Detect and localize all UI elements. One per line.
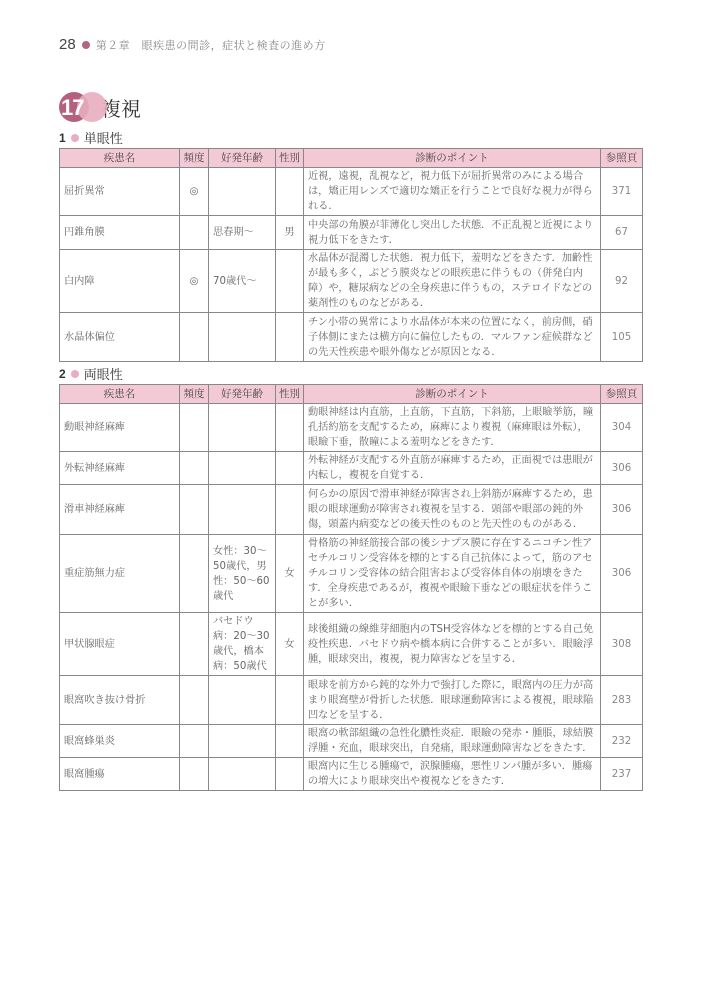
col-sex: 性別 [276, 385, 304, 404]
table-row: 甲状腺眼症 バセドウ病：20～30歳代，橋本病：50歳代 女 球後組織の線維芽細… [60, 613, 643, 676]
col-reference-page: 参照頁 [601, 385, 643, 404]
col-frequency: 頻度 [180, 385, 209, 404]
table-row: 滑車神経麻痺 何らかの原因で滑車神経が障害され上斜筋が麻痺するため，患眼の眼球運… [60, 485, 643, 535]
col-onset-age: 好発年齢 [209, 385, 276, 404]
running-head: 28 第２章 眼疾患の問診，症状と検査の進め方 [59, 36, 326, 53]
table-monocular: 疾患名 頻度 好発年齢 性別 診断のポイント 参照頁 屈折異常 ◎ 近視，遠視，… [59, 148, 643, 362]
page-number: 28 [59, 36, 76, 53]
table-header-row: 疾患名 頻度 好発年齢 性別 診断のポイント 参照頁 [60, 149, 643, 168]
table-binocular: 疾患名 頻度 好発年齢 性別 診断のポイント 参照頁 動眼神経麻痺 動眼神経は内… [59, 384, 643, 791]
col-disease: 疾患名 [60, 149, 180, 168]
col-onset-age: 好発年齢 [209, 149, 276, 168]
section-heading: 複視 [101, 93, 141, 122]
table-row: 動眼神経麻痺 動眼神経は内直筋，上直筋，下直筋，下斜筋，上眼瞼挙筋，瞳孔括約筋を… [60, 404, 643, 452]
subsection-heading-1: 1 単眼性 [59, 128, 123, 147]
table-row: 眼窩蜂巣炎 眼窩の軟部組織の急性化膿性炎症．眼瞼の発赤・腫脹，球結膜浮腫・充血，… [60, 725, 643, 758]
bullet-dot-icon [82, 41, 90, 49]
table-row: 眼窩吹き抜け骨折 眼球を前方から鈍的な外力で強打した際に，眼窩内の圧力が高まり眼… [60, 676, 643, 725]
table-row: 円錐角膜 思春期～ 男 中央部の角膜が菲薄化し突出した状態．不正乱視と近視により… [60, 216, 643, 250]
table-row: 眼窩腫瘍 眼窩内に生じる腫瘍で，涙腺腫瘍，悪性リンパ腫が多い．腫瘍の増大により眼… [60, 758, 643, 791]
table-row: 水晶体偏位 チン小帯の異常により水晶体が本来の位置になく，前房側，硝子体側にまた… [60, 313, 643, 362]
col-diagnosis-point: 診断のポイント [304, 149, 601, 168]
bullet-dot-icon [71, 370, 79, 378]
chapter-title: 第２章 眼疾患の問診，症状と検査の進め方 [96, 37, 326, 53]
section-number-badge: 17 [59, 92, 107, 122]
section-title: 17 複視 [59, 92, 141, 122]
col-frequency: 頻度 [180, 149, 209, 168]
col-diagnosis-point: 診断のポイント [304, 385, 601, 404]
table-row: 屈折異常 ◎ 近視，遠視，乱視など，視力低下が屈折異常のみによる場合は，矯正用レ… [60, 168, 643, 216]
table-row: 重症筋無力症 女性：30～50歳代，男性：50～60歳代 女 骨格筋の神経筋接合… [60, 535, 643, 613]
col-disease: 疾患名 [60, 385, 180, 404]
subsection-heading-2: 2 両眼性 [59, 364, 123, 383]
table-row: 外転神経麻痺 外転神経が支配する外直筋が麻痺するため，正面視では患眼が内転し，複… [60, 452, 643, 485]
col-sex: 性別 [276, 149, 304, 168]
section-number: 17 [61, 95, 83, 121]
bullet-dot-icon [71, 134, 79, 142]
col-reference-page: 参照頁 [601, 149, 643, 168]
table-row: 白内障 ◎ 70歳代～ 水晶体が混濁した状態．視力低下，羞明などをきたす．加齢性… [60, 250, 643, 313]
table-header-row: 疾患名 頻度 好発年齢 性別 診断のポイント 参照頁 [60, 385, 643, 404]
